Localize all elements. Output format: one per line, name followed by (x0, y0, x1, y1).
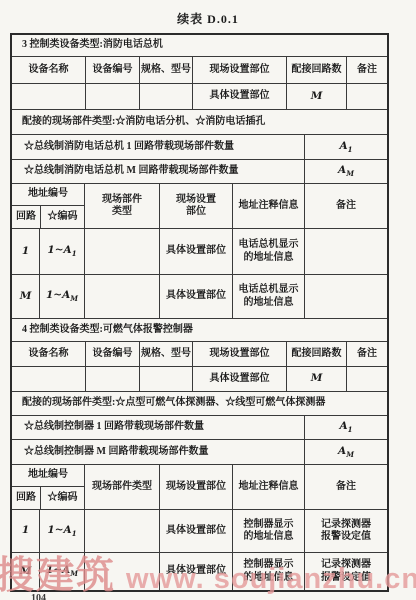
continued-table-d01: 3 控制类设备类型:消防电话总机 设备名称 设备编号 规格、型号 现场设置部位 … (10, 33, 389, 592)
s4-device-no-cell (86, 367, 140, 391)
s4-section-title-row: 4 控制类设备类型:可燃气体报警控制器 (12, 319, 387, 342)
s3-header-location: 现场设置 部位 (160, 184, 233, 228)
s4-header-loop: 回路 (12, 487, 41, 509)
s4-loop1-qty-row: ☆总线制控制器 1 回路带载现场部件数量 A1 (12, 416, 387, 440)
s3-row1-code: 1~A1 (40, 229, 85, 274)
s3-spec-model-cell (140, 84, 193, 109)
s4-data-row-1: 1 1~A1 具体设置部位 控制器显示 的地址信息 记录探测器 报警设定值 (12, 510, 387, 553)
document-page: { "page": { "title": "续表 D.0.1", "page_n… (0, 0, 416, 600)
s4-rowM-code: 1~AM (40, 553, 85, 590)
s4-row1-location: 具体设置部位 (160, 510, 233, 552)
s3-loop1-label: ☆总线制消防电话总机 1 回路带载现场部件数量 (12, 135, 305, 159)
s3-row1-loop: 1 (12, 229, 40, 274)
s3-rowM-code: 1~AM (40, 275, 85, 318)
s4-section-title: 4 控制类设备类型:可燃气体报警控制器 (12, 319, 387, 341)
s3-rowM-loop: M (12, 275, 40, 318)
s4-header-device-name: 设备名称 (12, 342, 86, 366)
s4-header-device-no: 设备编号 (86, 342, 140, 366)
s4-header-loop-count: 配接回路数 (287, 342, 347, 366)
s4-header-addr-info: 地址注释信息 (233, 465, 305, 509)
s4-rowM-location: 具体设置部位 (160, 553, 233, 590)
s3-row1-addr-info: 电话总机显示 的地址信息 (233, 229, 305, 274)
s4-note-cell (347, 367, 387, 391)
s4-data-row-M: M 1~AM 具体设置部位 控制器显示 的地址信息 记录探测器 报警设定值 (12, 553, 387, 590)
s4-loop-count-value: M (287, 367, 347, 391)
table-title: 续表 D.0.1 (0, 10, 416, 24)
s4-loop1-qty-value: A1 (305, 416, 387, 439)
s4-address-no-header-group: 地址编号 回路 ☆编码 (12, 465, 85, 509)
page-number: 104 (31, 593, 46, 600)
s3-data-row-1: 1 1~A1 具体设置部位 电话总机显示 的地址信息 (12, 229, 387, 275)
s3-header-loop: 回路 (12, 206, 41, 228)
s4-header-address-no: 地址编号 (12, 465, 84, 487)
s4-rowM-addr-info: 控制器显示 的地址信息 (233, 553, 305, 590)
s3-loopM-qty-row: ☆总线制消防电话总机 M 回路带载现场部件数量 AM (12, 160, 387, 184)
s3-header-device-no: 设备编号 (86, 57, 140, 83)
s4-equip-header-row: 设备名称 设备编号 规格、型号 现场设置部位 配接回路数 备注 (12, 342, 387, 367)
s4-loop1-label: ☆总线制控制器 1 回路带载现场部件数量 (12, 416, 305, 439)
s3-row1-location: 具体设置部位 (160, 229, 233, 274)
s3-header-site-location: 现场设置部位 (193, 57, 287, 83)
s4-parts-note-row: 配接的现场部件类型:☆点型可燃气体探测器、☆线型可燃气体探测器 (12, 392, 387, 416)
s3-address-header-row: 地址编号 回路 ☆编码 现场部件 类型 现场设置 部位 地址注释信息 备注 (12, 184, 387, 229)
s4-rowM-note: 记录探测器 报警设定值 (305, 553, 387, 590)
s4-loopM-qty-row: ☆总线制控制器 M 回路带载现场部件数量 AM (12, 440, 387, 465)
s3-loopM-label: ☆总线制消防电话总机 M 回路带载现场部件数量 (12, 160, 305, 183)
s3-equip-value-row: 具体设置部位 M (12, 84, 387, 110)
s4-parts-note: 配接的现场部件类型:☆点型可燃气体探测器、☆线型可燃气体探测器 (12, 392, 387, 415)
s4-header-note: 备注 (347, 342, 387, 366)
s3-loop1-qty-row: ☆总线制消防电话总机 1 回路带载现场部件数量 A1 (12, 135, 387, 160)
s4-header-part-type: 现场部件类型 (85, 465, 160, 509)
s3-rowM-part-type (85, 275, 160, 318)
s4-row1-loop: 1 (12, 510, 40, 552)
s4-row1-part-type (85, 510, 160, 552)
s4-row1-note: 记录探测器 报警设定值 (305, 510, 387, 552)
s3-address-no-header-group: 地址编号 回路 ☆编码 (12, 184, 85, 228)
s3-parts-note: 配接的现场部件类型:☆消防电话分机、☆消防电话插孔 (12, 110, 387, 134)
s4-equip-value-row: 具体设置部位 M (12, 367, 387, 392)
s3-header-spec-model: 规格、型号 (140, 57, 193, 83)
s4-row1-code: 1~A1 (40, 510, 85, 552)
s3-section-title-row: 3 控制类设备类型:消防电话总机 (12, 35, 387, 57)
s3-note-cell (347, 84, 387, 109)
s3-rowM-location: 具体设置部位 (160, 275, 233, 318)
s4-loopM-qty-value: AM (305, 440, 387, 464)
s3-detail-location-label: 具体设置部位 (193, 84, 287, 109)
s3-parts-note-row: 配接的现场部件类型:☆消防电话分机、☆消防电话插孔 (12, 110, 387, 135)
s3-loopM-qty-value: AM (305, 160, 387, 183)
s3-header-loop-count: 配接回路数 (287, 57, 347, 83)
s4-header-addr-note: 备注 (305, 465, 387, 509)
s4-spec-model-cell (140, 367, 193, 391)
s3-loop1-qty-value: A1 (305, 135, 387, 159)
s3-loop-count-value: M (287, 84, 347, 109)
s3-header-addr-info: 地址注释信息 (233, 184, 305, 228)
s4-rowM-part-type (85, 553, 160, 590)
s3-row1-part-type (85, 229, 160, 274)
s3-rowM-addr-info: 电话总机显示 的地址信息 (233, 275, 305, 318)
s4-loopM-label: ☆总线制控制器 M 回路带载现场部件数量 (12, 440, 305, 464)
s3-header-addr-note: 备注 (305, 184, 387, 228)
s4-device-name-cell (12, 367, 86, 391)
s3-rowM-note (305, 275, 387, 318)
s3-equip-header-row: 设备名称 设备编号 规格、型号 现场设置部位 配接回路数 备注 (12, 57, 387, 84)
s3-header-address-no: 地址编号 (12, 184, 84, 206)
s4-header-site-location: 现场设置部位 (193, 342, 287, 366)
s4-detail-location-label: 具体设置部位 (193, 367, 287, 391)
s4-header-code: ☆编码 (41, 487, 84, 509)
s4-header-location: 现场设置部位 (160, 465, 233, 509)
s4-rowM-loop: M (12, 553, 40, 590)
s3-section-title: 3 控制类设备类型:消防电话总机 (12, 35, 387, 56)
s4-row1-addr-info: 控制器显示 的地址信息 (233, 510, 305, 552)
s4-header-spec-model: 规格、型号 (140, 342, 193, 366)
s3-header-code: ☆编码 (41, 206, 84, 228)
s3-header-device-name: 设备名称 (12, 57, 86, 83)
s4-address-header-row: 地址编号 回路 ☆编码 现场部件类型 现场设置部位 地址注释信息 备注 (12, 465, 387, 510)
s3-data-row-M: M 1~AM 具体设置部位 电话总机显示 的地址信息 (12, 275, 387, 319)
s3-header-part-type: 现场部件 类型 (85, 184, 160, 228)
s3-row1-note (305, 229, 387, 274)
s3-device-name-cell (12, 84, 86, 109)
s3-device-no-cell (86, 84, 140, 109)
s3-header-note: 备注 (347, 57, 387, 83)
